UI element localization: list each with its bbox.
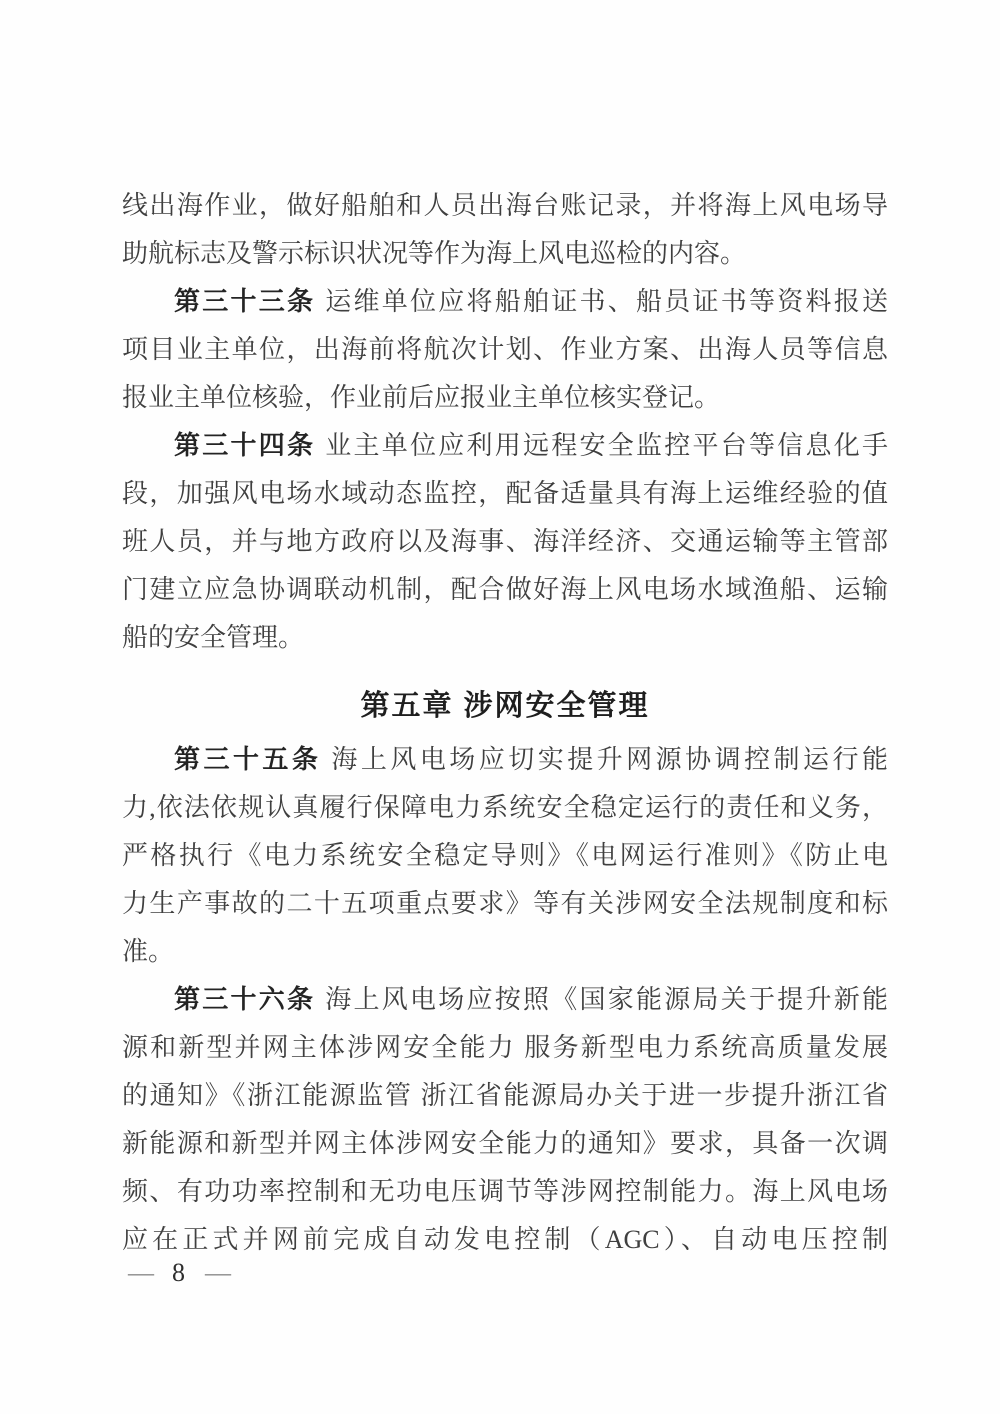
text-line: 新能源和新型并网主体涉网安全能力的通知》要求，具备一次调 (122, 1120, 888, 1168)
text-line: 门建立应急协调联动机制，配合做好海上风电场水域渔船、运输 (122, 566, 888, 614)
line-text: 应在正式并网前完成自动发电控制（AGC）、自动电压控制 (122, 1225, 888, 1254)
text-line: 第三十六条海上风电场应按照《国家能源局关于提升新能 (122, 976, 888, 1024)
chapter-heading: 第五章 涉网安全管理 (122, 682, 888, 730)
line-text: 班人员，并与地方政府以及海事、海洋经济、交通运输等主管部 (122, 527, 888, 556)
paragraph: 线出海作业，做好船舶和人员出海台账记录，并将海上风电场导助航标志及警示标识状况等… (122, 182, 888, 278)
page-number: 8 (172, 1258, 185, 1288)
line-text: 报业主单位核验，作业前后应报业主单位核实登记。 (122, 383, 720, 412)
line-text: 的通知》《浙江能源监管 浙江省能源局办关于进一步提升浙江省 (122, 1081, 888, 1110)
article-number: 第三十六条 (174, 985, 315, 1014)
line-text: 源和新型并网主体涉网安全能力 服务新型电力系统高质量发展 (122, 1033, 888, 1062)
footer-left-dash: — (128, 1258, 152, 1288)
text-line: 报业主单位核验，作业前后应报业主单位核实登记。 (122, 374, 888, 422)
text-line: 严格执行《电力系统安全稳定导则》《电网运行准则》《防止电 (122, 832, 888, 880)
line-text: 运维单位应将船舶证书、船员证书等资料报送 (325, 287, 888, 316)
paragraph: 第三十三条运维单位应将船舶证书、船员证书等资料报送项目业主单位，出海前将航次计划… (122, 278, 888, 422)
line-text: 段，加强风电场水域动态监控，配备适量具有海上运维经验的值 (122, 479, 888, 508)
line-text: 海上风电场应切实提升网源协调控制运行能 (331, 745, 888, 774)
line-text: 准。 (122, 937, 174, 966)
text-line: 频、有功功率控制和无功电压调节等涉网控制能力。海上风电场 (122, 1168, 888, 1216)
text-line: 线出海作业，做好船舶和人员出海台账记录，并将海上风电场导 (122, 182, 888, 230)
line-text: 严格执行《电力系统安全稳定导则》《电网运行准则》《防止电 (122, 841, 888, 870)
paragraph: 第三十六条海上风电场应按照《国家能源局关于提升新能源和新型并网主体涉网安全能力 … (122, 976, 888, 1264)
text-line: 的通知》《浙江能源监管 浙江省能源局办关于进一步提升浙江省 (122, 1072, 888, 1120)
text-line: 项目业主单位，出海前将航次计划、作业方案、出海人员等信息 (122, 326, 888, 374)
paragraph: 第三十四条业主单位应利用远程安全监控平台等信息化手段，加强风电场水域动态监控，配… (122, 422, 888, 662)
page-footer: — 8 — (128, 1258, 229, 1288)
article-number: 第三十五条 (174, 745, 321, 774)
text-line: 段，加强风电场水域动态监控，配备适量具有海上运维经验的值 (122, 470, 888, 518)
text-line: 力生产事故的二十五项重点要求》等有关涉网安全法规制度和标 (122, 880, 888, 928)
text-line: 应在正式并网前完成自动发电控制（AGC）、自动电压控制 (122, 1216, 888, 1264)
document-body: 线出海作业，做好船舶和人员出海台账记录，并将海上风电场导助航标志及警示标识状况等… (122, 182, 888, 1264)
line-text: 门建立应急协调联动机制，配合做好海上风电场水域渔船、运输 (122, 575, 888, 604)
line-text: 力生产事故的二十五项重点要求》等有关涉网安全法规制度和标 (122, 889, 888, 918)
text-line: 助航标志及警示标识状况等作为海上风电巡检的内容。 (122, 230, 888, 278)
article-number: 第三十四条 (174, 431, 315, 460)
footer-right-dash: — (205, 1258, 229, 1288)
text-line: 源和新型并网主体涉网安全能力 服务新型电力系统高质量发展 (122, 1024, 888, 1072)
line-text: 助航标志及警示标识状况等作为海上风电巡检的内容。 (122, 239, 746, 268)
text-line: 第三十四条业主单位应利用远程安全监控平台等信息化手 (122, 422, 888, 470)
text-line: 班人员，并与地方政府以及海事、海洋经济、交通运输等主管部 (122, 518, 888, 566)
line-text: 海上风电场应按照《国家能源局关于提升新能 (325, 985, 888, 1014)
line-text: 力,依法依规认真履行保障电力系统安全稳定运行的责任和义务， (122, 793, 888, 822)
document-page: 线出海作业，做好船舶和人员出海台账记录，并将海上风电场导助航标志及警示标识状况等… (0, 0, 1000, 1414)
text-line: 力,依法依规认真履行保障电力系统安全稳定运行的责任和义务， (122, 784, 888, 832)
paragraph: 第三十五条海上风电场应切实提升网源协调控制运行能力,依法依规认真履行保障电力系统… (122, 736, 888, 976)
text-line: 第三十三条运维单位应将船舶证书、船员证书等资料报送 (122, 278, 888, 326)
line-text: 项目业主单位，出海前将航次计划、作业方案、出海人员等信息 (122, 335, 888, 364)
line-text: 线出海作业，做好船舶和人员出海台账记录，并将海上风电场导 (122, 191, 888, 220)
text-line: 船的安全管理。 (122, 614, 888, 662)
line-text: 船的安全管理。 (122, 623, 304, 652)
article-number: 第三十三条 (174, 287, 315, 316)
line-text: 频、有功功率控制和无功电压调节等涉网控制能力。海上风电场 (122, 1177, 888, 1206)
line-text: 新能源和新型并网主体涉网安全能力的通知》要求，具备一次调 (122, 1129, 888, 1158)
text-line: 准。 (122, 928, 888, 976)
line-text: 业主单位应利用远程安全监控平台等信息化手 (325, 431, 888, 460)
text-line: 第三十五条海上风电场应切实提升网源协调控制运行能 (122, 736, 888, 784)
